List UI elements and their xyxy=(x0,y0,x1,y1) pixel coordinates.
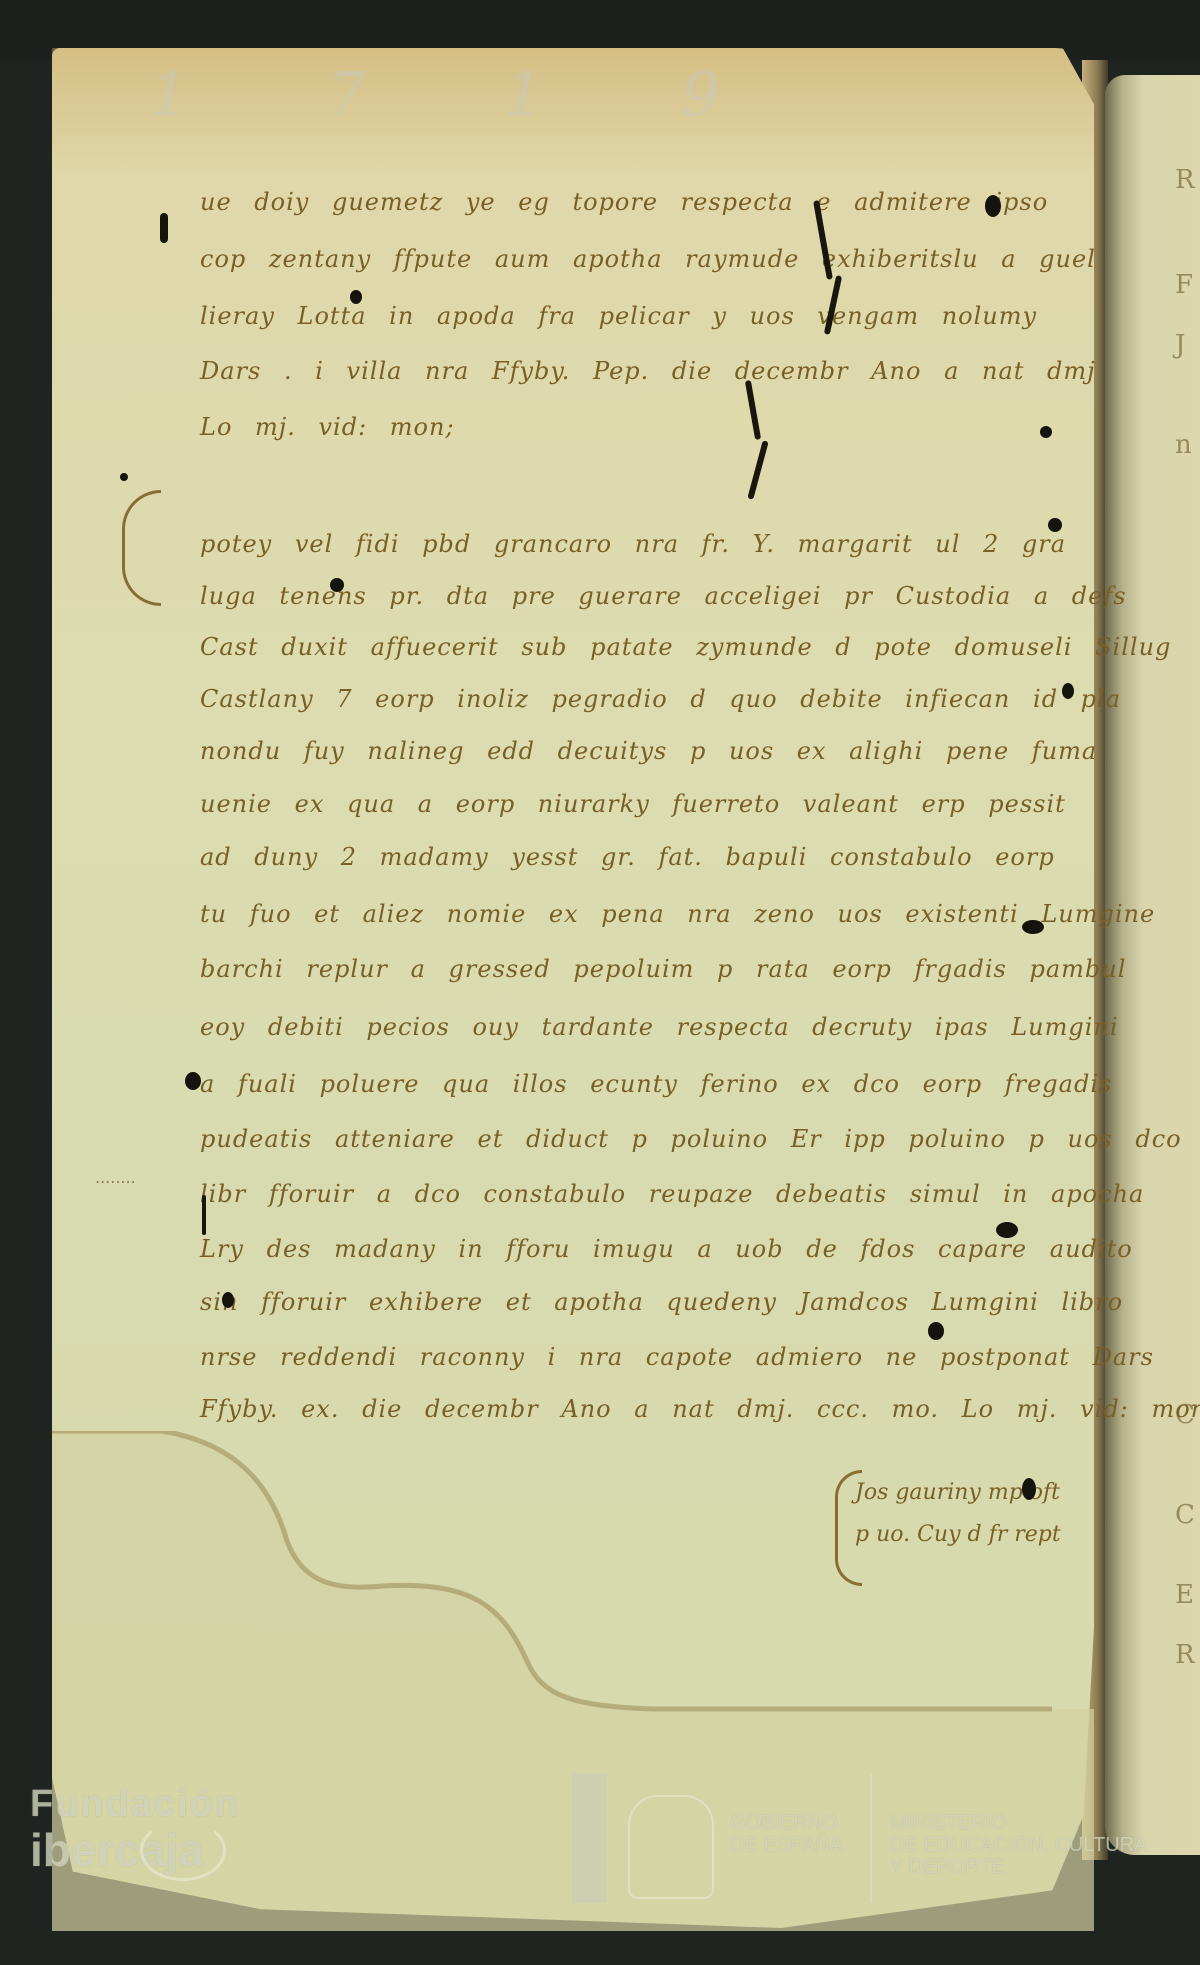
text-line: Castlany 7 eorp inoliz pegradio d quo de… xyxy=(200,685,1121,713)
text-line: a fuali poluere qua illos ecunty ferino … xyxy=(200,1070,1112,1098)
ministry-line: Y DEPORTE xyxy=(890,1856,1147,1878)
text-line: nrse reddendi raconny i nra capote admie… xyxy=(200,1343,1154,1371)
government-flag-icon xyxy=(572,1773,607,1903)
wormhole xyxy=(185,1072,201,1090)
margin-note: ........ xyxy=(95,1168,136,1187)
wormhole xyxy=(996,1222,1018,1238)
text-line: potey vel fidi pbd grancaro nra fr. Y. m… xyxy=(200,530,1066,558)
facing-page-letter: E xyxy=(1175,1580,1194,1610)
ibercaja-logo-icon xyxy=(140,1820,226,1881)
ministry-line: DE EDUCACIÓN, CULTURA xyxy=(890,1834,1147,1856)
text-line: Ffyby. ex. die decembr Ano a nat dmj. cc… xyxy=(200,1395,1200,1423)
text-line: uenie ex qua a eorp niurarky fuerreto va… xyxy=(200,790,1066,818)
text-line: cop zentany ffpute aum apotha raymude ex… xyxy=(200,245,1096,273)
wormhole xyxy=(1040,426,1052,438)
paragraph-bracket xyxy=(122,490,161,606)
text-line: eoy debiti pecios ouy tardante respecta … xyxy=(200,1013,1119,1041)
text-line: nondu fuy nalineg edd decuitys p uos ex … xyxy=(200,737,1097,765)
text-line: ue doiy guemetz ye eg topore respecta e … xyxy=(200,188,1048,216)
government-line: GOBIERNO xyxy=(730,1812,843,1834)
wormhole xyxy=(330,578,344,592)
text-line: tu fuo et aliez nomie ex pena nra zeno u… xyxy=(200,900,1155,928)
facing-page-letter: F xyxy=(1175,270,1193,300)
facing-page-letter: n xyxy=(1175,430,1192,460)
wormhole xyxy=(222,1292,234,1308)
text-line: ad duny 2 madamy yesst gr. fat. bapuli c… xyxy=(200,843,1055,871)
text-line: lieray Lotta in apoda fra pelicar y uos … xyxy=(200,302,1037,330)
wormhole xyxy=(160,213,168,243)
watermark-divider xyxy=(870,1773,872,1903)
facing-page-letter: J xyxy=(1175,330,1185,360)
text-line: pudeatis atteniare et diduct p poluino E… xyxy=(200,1125,1182,1153)
faded-folio-number: 1 7 1 9 xyxy=(150,60,780,130)
government-line: DE ESPAÑA xyxy=(730,1834,843,1856)
ministry-watermark: MINISTERIO DE EDUCACIÓN, CULTURA Y DEPOR… xyxy=(890,1812,1147,1878)
text-line: Lry des madany in fforu imugu a uob de f… xyxy=(200,1235,1133,1263)
wormhole xyxy=(1022,920,1044,934)
wormhole xyxy=(1022,1478,1036,1500)
wormhole xyxy=(120,473,128,481)
foundation-watermark: Fundación xyxy=(30,1783,240,1826)
government-watermark: GOBIERNO DE ESPAÑA xyxy=(730,1812,843,1856)
wormhole xyxy=(928,1322,944,1340)
text-line: libr fforuir a dco constabulo reupaze de… xyxy=(200,1180,1144,1208)
wormhole xyxy=(985,195,1001,217)
wormhole xyxy=(350,290,362,304)
facing-page-letter: R xyxy=(1175,1640,1195,1670)
signature-line: p uo. Cuy d fr rept xyxy=(855,1522,1061,1547)
text-line: barchi replur a gressed pepoluim p rata … xyxy=(200,955,1126,983)
spain-coat-of-arms-icon xyxy=(628,1795,714,1899)
facing-page-letter: R xyxy=(1175,165,1195,195)
text-line: Dars . i villa nra Ffyby. Pep. die decem… xyxy=(200,357,1096,385)
wormhole xyxy=(1048,518,1062,532)
wormhole xyxy=(1062,683,1074,699)
text-line: sin fforuir exhibere et apotha quedeny J… xyxy=(200,1288,1123,1316)
text-line: Cast duxit affuecerit sub patate zymunde… xyxy=(200,633,1171,661)
ministry-line: MINISTERIO xyxy=(890,1812,1147,1834)
text-line: Lo mj. vid: mon; xyxy=(200,413,455,441)
facing-page-letter: C xyxy=(1175,1500,1195,1530)
parchment-crack xyxy=(202,1195,206,1235)
